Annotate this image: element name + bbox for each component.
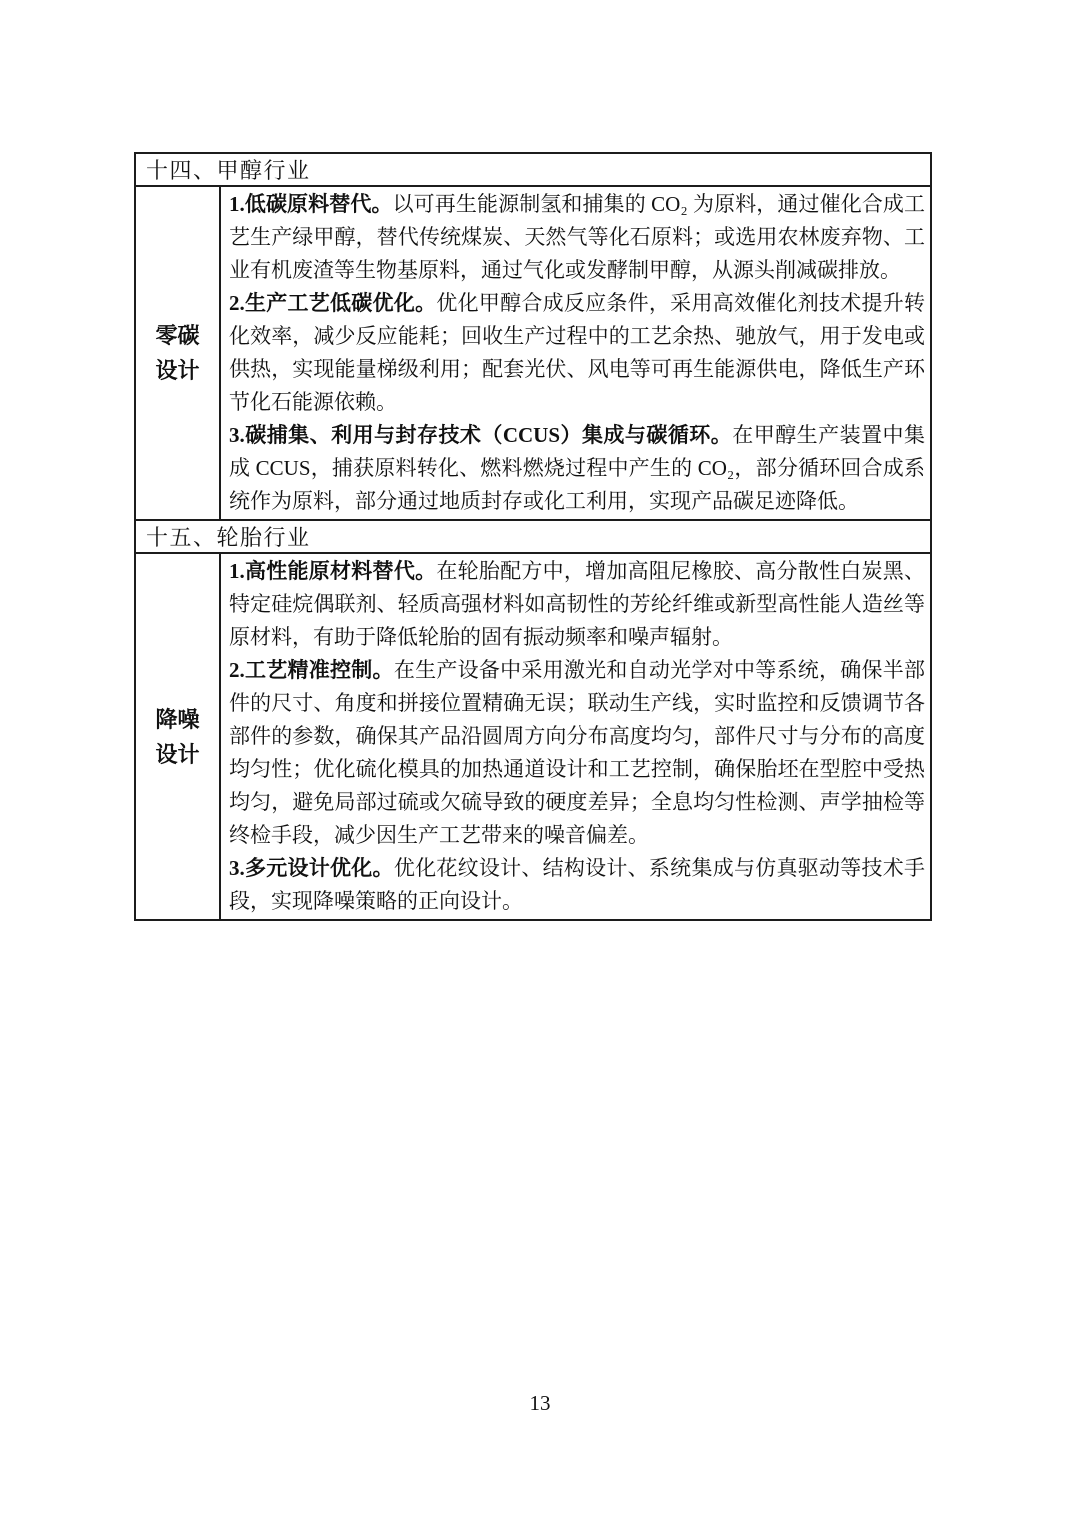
row-header-line: 设计: [136, 737, 219, 772]
paragraph-lead: 3.碳捕集、利用与封存技术（CCUS）集成与碳循环。: [229, 423, 732, 447]
row-header-noise-reduction-design: 降噪 设计: [135, 553, 220, 920]
section-header-row-methanol: 十四、甲醇行业: [135, 153, 931, 186]
paragraph: 1.低碳原料替代。以可再生能源制氢和捕集的 CO₂ 为原料，通过催化合成工艺生产…: [229, 188, 925, 287]
paragraph: 2.生产工艺低碳优化。优化甲醇合成反应条件，采用高效催化剂技术提升转化效率，减少…: [229, 287, 925, 419]
row-header-zero-carbon-design: 零碳 设计: [135, 186, 220, 520]
paragraph: 3.碳捕集、利用与封存技术（CCUS）集成与碳循环。在甲醇生产装置中集成 CCU…: [229, 419, 925, 518]
paragraph: 3.多元设计优化。优化花纹设计、结构设计、系统集成与仿真驱动等技术手段，实现降噪…: [229, 852, 925, 918]
row-header-line: 降噪: [136, 702, 219, 737]
page-number: 13: [0, 1391, 1080, 1416]
table-row-methanol-content: 零碳 设计 1.低碳原料替代。以可再生能源制氢和捕集的 CO₂ 为原料，通过催化…: [135, 186, 931, 520]
document-page: { "page_number": "13", "colors": { "back…: [0, 0, 1080, 1527]
table-row-tire-content: 降噪 设计 1.高性能原材料替代。在轮胎配方中，增加高阻尼橡胶、高分散性白炭黑、…: [135, 553, 931, 920]
paragraph: 2.工艺精准控制。在生产设备中采用激光和自动光学对中等系统，确保半部件的尺寸、角…: [229, 654, 925, 852]
paragraph: 1.高性能原材料替代。在轮胎配方中，增加高阻尼橡胶、高分散性白炭黑、特定硅烷偶联…: [229, 555, 925, 654]
content-cell-methanol: 1.低碳原料替代。以可再生能源制氢和捕集的 CO₂ 为原料，通过催化合成工艺生产…: [220, 186, 931, 520]
row-header-line: 设计: [136, 353, 219, 388]
paragraph-lead: 1.高性能原材料替代。: [229, 559, 436, 583]
paragraph-lead: 1.低碳原料替代。: [229, 192, 393, 216]
paragraph-body: 在生产设备中采用激光和自动光学对中等系统，确保半部件的尺寸、角度和拼接位置精确无…: [229, 658, 925, 847]
content-cell-tire: 1.高性能原材料替代。在轮胎配方中，增加高阻尼橡胶、高分散性白炭黑、特定硅烷偶联…: [220, 553, 931, 920]
paragraph-lead: 2.工艺精准控制。: [229, 658, 394, 682]
industry-measures-table: 十四、甲醇行业 零碳 设计 1.低碳原料替代。以可再生能源制氢和捕集的 CO₂ …: [134, 152, 932, 921]
paragraph-lead: 2.生产工艺低碳优化。: [229, 291, 436, 315]
row-header-line: 零碳: [136, 318, 219, 353]
paragraph-lead: 3.多元设计优化。: [229, 856, 394, 880]
section-title-methanol: 十四、甲醇行业: [135, 153, 931, 186]
section-title-tire: 十五、轮胎行业: [135, 520, 931, 553]
section-header-row-tire: 十五、轮胎行业: [135, 520, 931, 553]
